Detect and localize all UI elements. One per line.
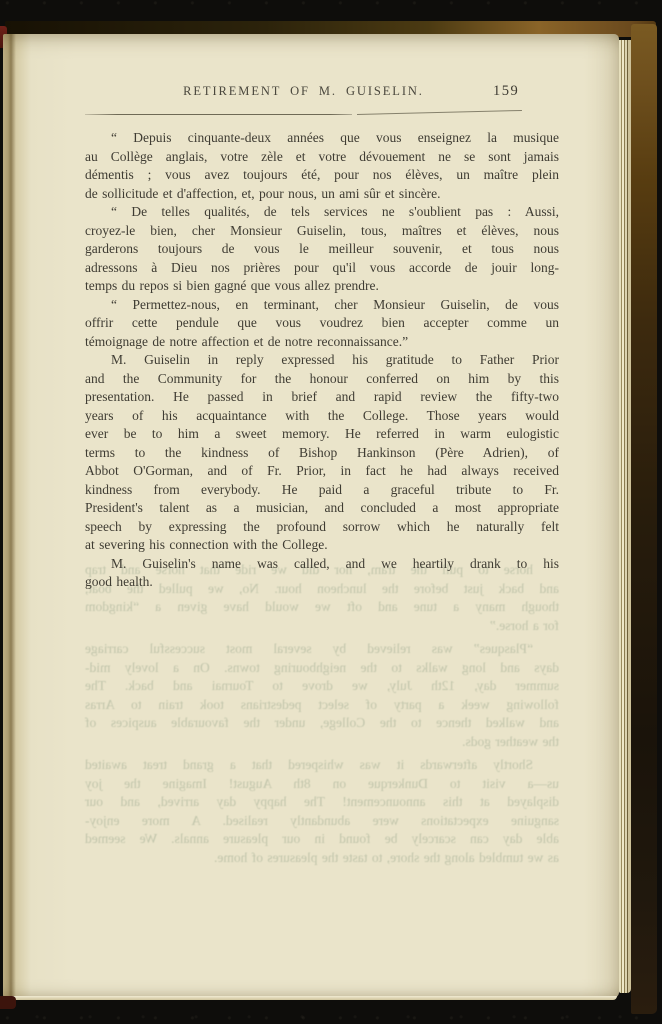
text-line: speech by expressing the profound sorrow… <box>85 518 559 537</box>
running-header: RETIREMENT OF M. GUISELIN. 159 <box>85 84 559 104</box>
text-line: adressons à Dieu nos prières pour qu'il … <box>85 259 559 278</box>
text-line: following week a party of select pedestr… <box>85 696 559 715</box>
page-text: “ Depuis cinquante-deux années que vous … <box>85 129 559 592</box>
text-line: Shortly afterwards it was whispered that… <box>85 756 559 775</box>
text-line: and walked thence to the College, under … <box>85 714 559 733</box>
text-line: displayed at this announcement! The happ… <box>85 793 559 812</box>
paragraph: Shortly afterwards it was whispered that… <box>85 756 559 867</box>
text-line: good health. <box>85 573 559 592</box>
page-title: RETIREMENT OF M. GUISELIN. <box>85 84 522 99</box>
text-line: years of his acquaintance with the Colle… <box>85 407 559 426</box>
text-line: “Plasques” was relieved by several most … <box>85 640 559 659</box>
book-scan: RETIREMENT OF M. GUISELIN. 159 horse to … <box>0 0 662 1024</box>
text-line: the weather gods. <box>85 733 559 752</box>
text-line: au Collège anglais, votre zèle et votre … <box>85 148 559 167</box>
text-line: de sollicitude et d'affection, et, pour … <box>85 185 559 204</box>
text-line: M. Guiselin in reply expressed his grati… <box>85 351 559 370</box>
text-line: summer day, 12th July, we drove to Tourn… <box>85 677 559 696</box>
text-line: M. Guiselin's name was called, and we he… <box>85 555 559 574</box>
text-line: President's talent as a musician, and co… <box>85 499 559 518</box>
text-line: démentis ; vous avez toujours été, pour … <box>85 166 559 185</box>
text-line: presentation. He passed in brief and rap… <box>85 388 559 407</box>
text-line: “ De telles qualités, de tels services n… <box>85 203 559 222</box>
bleedthrough-text: horse to pull the tram, nor did we ride … <box>85 561 559 872</box>
text-line: témoignage de notre affection et de notr… <box>85 333 559 352</box>
text-line: for a horse.” <box>85 617 559 636</box>
header-rule-left-segment <box>85 114 352 115</box>
text-line: terms to the kindness of Bishop Hankinso… <box>85 444 559 463</box>
text-line: as we tumbled along the shore, to taste … <box>85 849 559 868</box>
text-line: days and long walks to the neighbouring … <box>85 659 559 678</box>
page-number: 159 <box>493 83 519 100</box>
paragraph: “Plasques” was relieved by several most … <box>85 640 559 751</box>
text-line: us—a visit to Dunkerque on 8th August! I… <box>85 775 559 794</box>
text-line: “ Depuis cinquante-deux années que vous … <box>85 129 559 148</box>
text-line: croyez-le bien, cher Monsieur Guiselin, … <box>85 222 559 241</box>
text-line: though many a tune and oft we would have… <box>85 598 559 617</box>
text-line: able day can scarcely be found in our pl… <box>85 830 559 849</box>
text-line: Abbot O'Gorman, and of Fr. Prior, in fac… <box>85 462 559 481</box>
text-line: garderons toujours de vous le meilleur s… <box>85 240 559 259</box>
printed-content: RETIREMENT OF M. GUISELIN. 159 horse to … <box>0 0 662 1024</box>
text-line: “ Permettez-nous, en terminant, cher Mon… <box>85 296 559 315</box>
text-line: temps du repos si bien gagné que vous al… <box>85 277 559 296</box>
text-line: at severing his connection with the Coll… <box>85 536 559 555</box>
text-line: offrir cette pendule que vous voudrez bi… <box>85 314 559 333</box>
text-line: ever be to him a sweet memory. He referr… <box>85 425 559 444</box>
text-line: and the Community for the honour conferr… <box>85 370 559 389</box>
header-rule <box>85 114 522 116</box>
text-line: sanguine expectations were abundantly re… <box>85 812 559 831</box>
header-rule-right-segment <box>357 110 522 115</box>
text-line: kindness from everybody. He paid a grace… <box>85 481 559 500</box>
